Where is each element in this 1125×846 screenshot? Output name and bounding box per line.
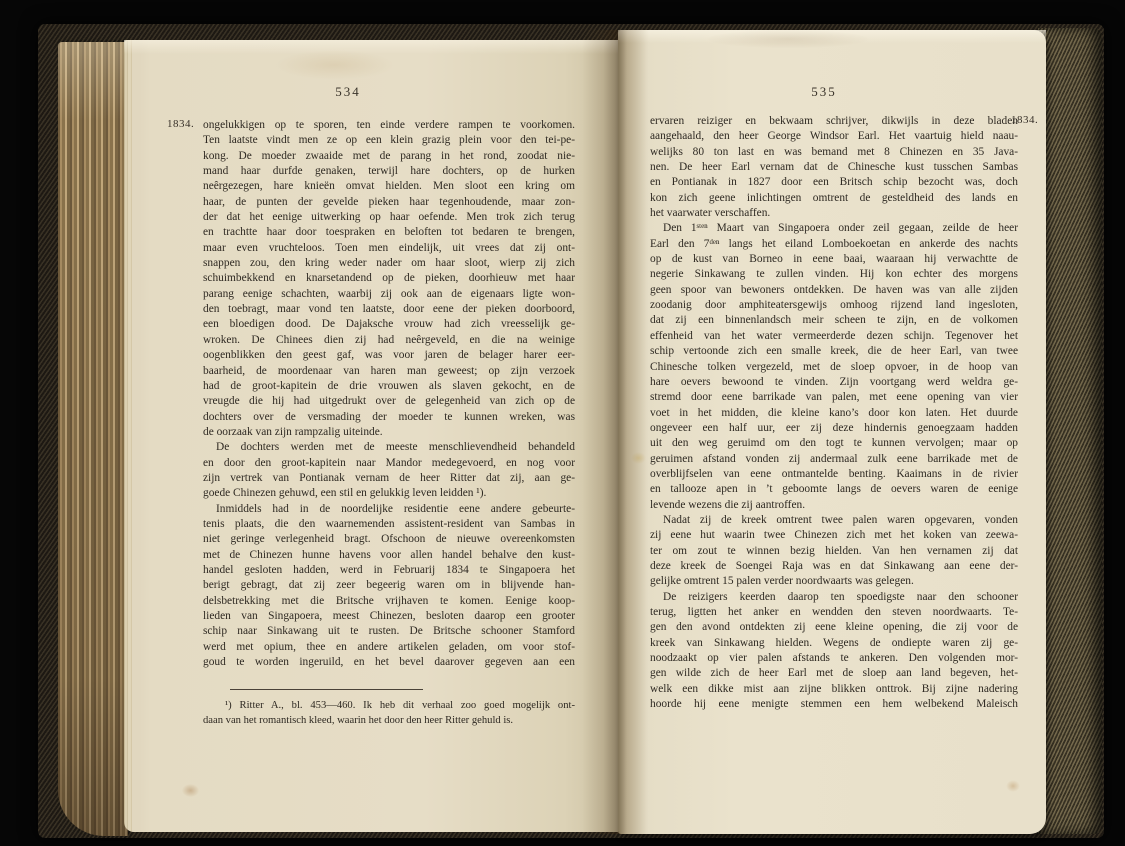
footnote-rule: [230, 689, 423, 690]
text-line: het vaarwater verschaffen.: [650, 206, 1018, 221]
text-line: Earl den 7ᵈᵉⁿ langs het eiland Lomboekoe…: [650, 237, 1018, 252]
text-line: hoorde hij eene menigte stemmen een hem …: [650, 697, 1018, 712]
text-line: ervaren reiziger en bekwaam schrijver, d…: [650, 114, 1018, 129]
text-line: welk een dikke mist aan zijne blikken on…: [650, 682, 1018, 697]
text-line: aangehaald, den heer George Windsor Earl…: [650, 129, 1018, 144]
text-line: schip vertoonde zich een smalle kreek, d…: [650, 344, 1018, 359]
text-line: geruimen afstand vonden zij andermaal zu…: [650, 452, 1018, 467]
text-line: had de groot-kapitein de drie vrouwen al…: [203, 379, 575, 394]
page-edges-stack: [58, 42, 128, 836]
text-line: lieden van Singapoera, meest Chinezen, b…: [203, 609, 575, 624]
text-line: op de kust van Borneo in eene baai, waar…: [650, 252, 1018, 267]
text-line: effenheid van het water vermeerderde dez…: [650, 329, 1018, 344]
text-line: ongelukkigen op te sporen, ten einde ver…: [203, 118, 575, 133]
text-line: wroken. De Chinees dien zij had neêrgeve…: [203, 333, 575, 348]
text-line: zij eene hut waarin twee Chinezen zich m…: [650, 528, 1018, 543]
left-page-text: ongelukkigen op te sporen, ten einde ver…: [203, 118, 575, 670]
text-line: geen spoor van bewoners ontdekken. De ha…: [650, 283, 1018, 298]
text-line: der dat het eenige uitwerking op haar oe…: [203, 210, 575, 225]
text-line: snappen zou, den kring weder nader om ha…: [203, 256, 575, 271]
right-page: 535 1834. ervaren reiziger en bekwaam sc…: [618, 30, 1046, 834]
text-line: de oorzaak van zijn rampzalig uiteinde.: [203, 425, 575, 440]
text-line: oogenblikken den geest gaf, was voor jar…: [203, 348, 575, 363]
text-line: dochters over de versmading der moeder t…: [203, 410, 575, 425]
text-line: deze kreek de Soengei Raja was en dat Si…: [650, 559, 1018, 574]
footnote-text: ¹) Ritter A., bl. 453—460. Ik heb dit ve…: [203, 699, 575, 728]
text-line: parang eenige schachten, waarbij zij ook…: [203, 287, 575, 302]
text-line: met de Chinezen hunne havens voor allen …: [203, 548, 575, 563]
text-line: Inmiddels had in de noordelijke resident…: [203, 502, 575, 517]
text-line: kreek van Sinkawang hielden. Wegens de o…: [650, 636, 1018, 651]
text-line: gen wilde zich de heer Earl met de sloep…: [650, 666, 1018, 681]
text-line: baarheid, de moordenaar van haren man ge…: [203, 364, 575, 379]
text-line: gelijke omtrent 15 palen verder noordwaa…: [650, 574, 1018, 589]
text-line: nen. De heer Earl vernam dat de Chinesch…: [650, 160, 1018, 175]
text-line: zijn vertrek van Pontianak vernam de hee…: [203, 471, 575, 486]
text-line: Nadat zij de kreek omtrent twee palen wa…: [650, 513, 1018, 528]
right-page-text: ervaren reiziger en bekwaam schrijver, d…: [650, 114, 1018, 712]
text-line: noodzaakt op vier palen afstands te anke…: [650, 651, 1018, 666]
text-line: en trachtte haar door toespraken en belo…: [203, 225, 575, 240]
text-line: voet in het midden, die kleine kano’s do…: [650, 406, 1018, 421]
text-line: den toebragt, maar vond ten laatste, doo…: [203, 302, 575, 317]
text-line: daan van het romantisch kleed, waarin he…: [203, 714, 575, 729]
text-line: haar, de punten der gevelde pieken haar …: [203, 195, 575, 210]
text-line: tenis plaats, die den waarnemenden assis…: [203, 517, 575, 532]
paper-stain: [1006, 780, 1020, 792]
left-margin-year: 1834.: [167, 118, 194, 130]
text-line: gen den avond ontdekten zij eene kleine …: [650, 620, 1018, 635]
text-line: zoodanig door amphiteatersgewijs omhoog …: [650, 298, 1018, 313]
text-line: maar even vruchteloos. Toen men eindelij…: [203, 241, 575, 256]
text-line: uit den weg geruimd om den togt te kunne…: [650, 436, 1018, 451]
text-line: negerie Sinkawang te zullen vinden. Hij …: [650, 267, 1018, 282]
text-line: goud te worden ingeruild, en het bevel d…: [203, 655, 575, 670]
text-line: handel gesloten hadden, werd in Februari…: [203, 563, 575, 578]
text-line: Chinesche tolken vergezeld, met de sloep…: [650, 360, 1018, 375]
text-line: berigt gebragt, dat zij zeer begeerig wa…: [203, 578, 575, 593]
text-line: stremd door eene barrikade van palen, me…: [650, 390, 1018, 405]
text-line: niet geringe verlegenheid bragt. Ofschoo…: [203, 532, 575, 547]
text-line: mand haar durfde genaken, terwijl hare d…: [203, 164, 575, 179]
text-line: hare oevers bewoond te vinden. Zijn voor…: [650, 375, 1018, 390]
text-line: Den 1ˢᵗᵉⁿ Maart van Singapoera onder zei…: [650, 221, 1018, 236]
text-line: schip naar Sinkawang uit te rusten. De B…: [203, 624, 575, 639]
text-line: welijks 80 ton last en was bemand met 8 …: [650, 145, 1018, 160]
text-line: kon zich geene inlichtingen omtrent de g…: [650, 191, 1018, 206]
text-line: en tallooze apen in ’t geboomte langs de…: [650, 482, 1018, 497]
text-line: werd met opium, thee en andere artikelen…: [203, 640, 575, 655]
paper-stain: [274, 50, 394, 80]
paper-stain: [182, 784, 199, 797]
text-line: ter om zout te winnen bezig hielden. Van…: [650, 544, 1018, 559]
book-cover-edge-right: [1038, 28, 1102, 834]
text-line: De dochters werden met de meeste menschl…: [203, 440, 575, 455]
text-line: Ten laatste vindt men ze op een klein gr…: [203, 133, 575, 148]
text-line: ongeveer een half uur, eer zij deze hind…: [650, 421, 1018, 436]
left-page: 534 1834. ongelukkigen op te sporen, ten…: [124, 40, 618, 832]
right-page-number: 535: [610, 84, 1038, 100]
text-line: kong. De moeder zwaaide met de parang in…: [203, 149, 575, 164]
text-line: ¹) Ritter A., bl. 453—460. Ik heb dit ve…: [203, 699, 575, 714]
text-line: De reizigers keerden daarop ten spoedigs…: [650, 590, 1018, 605]
text-line: en door den groot-kapitein naar Mandor m…: [203, 456, 575, 471]
book-photo: 534 1834. ongelukkigen op te sporen, ten…: [0, 0, 1125, 846]
text-line: een bloedigen dood. De Dajaksche vrouw h…: [203, 317, 575, 332]
paper-stain: [708, 30, 868, 48]
left-page-number: 534: [101, 84, 595, 100]
text-line: levende wezens die zij aantroffen.: [650, 498, 1018, 513]
text-line: goede Chinezen gehuwd, een stil en geluk…: [203, 486, 575, 501]
text-line: vreugde die hij had uitgedrukt over de g…: [203, 394, 575, 409]
text-line: terug, ligtten het anker en wendden den …: [650, 605, 1018, 620]
text-line: delsbetrekking met die Britsche vrijhave…: [203, 594, 575, 609]
text-line: neêrgezegen, hare knieën omvat hielden. …: [203, 179, 575, 194]
text-line: schuimbekkend en knarsetandend op de pie…: [203, 271, 575, 286]
text-line: en Pontianak in 1827 door een Britsch sc…: [650, 175, 1018, 190]
text-line: dat zij een binnenlandsch meir scheen te…: [650, 313, 1018, 328]
paper-stain: [631, 452, 646, 464]
text-line: overblijfselen van eene ontmantelde bent…: [650, 467, 1018, 482]
